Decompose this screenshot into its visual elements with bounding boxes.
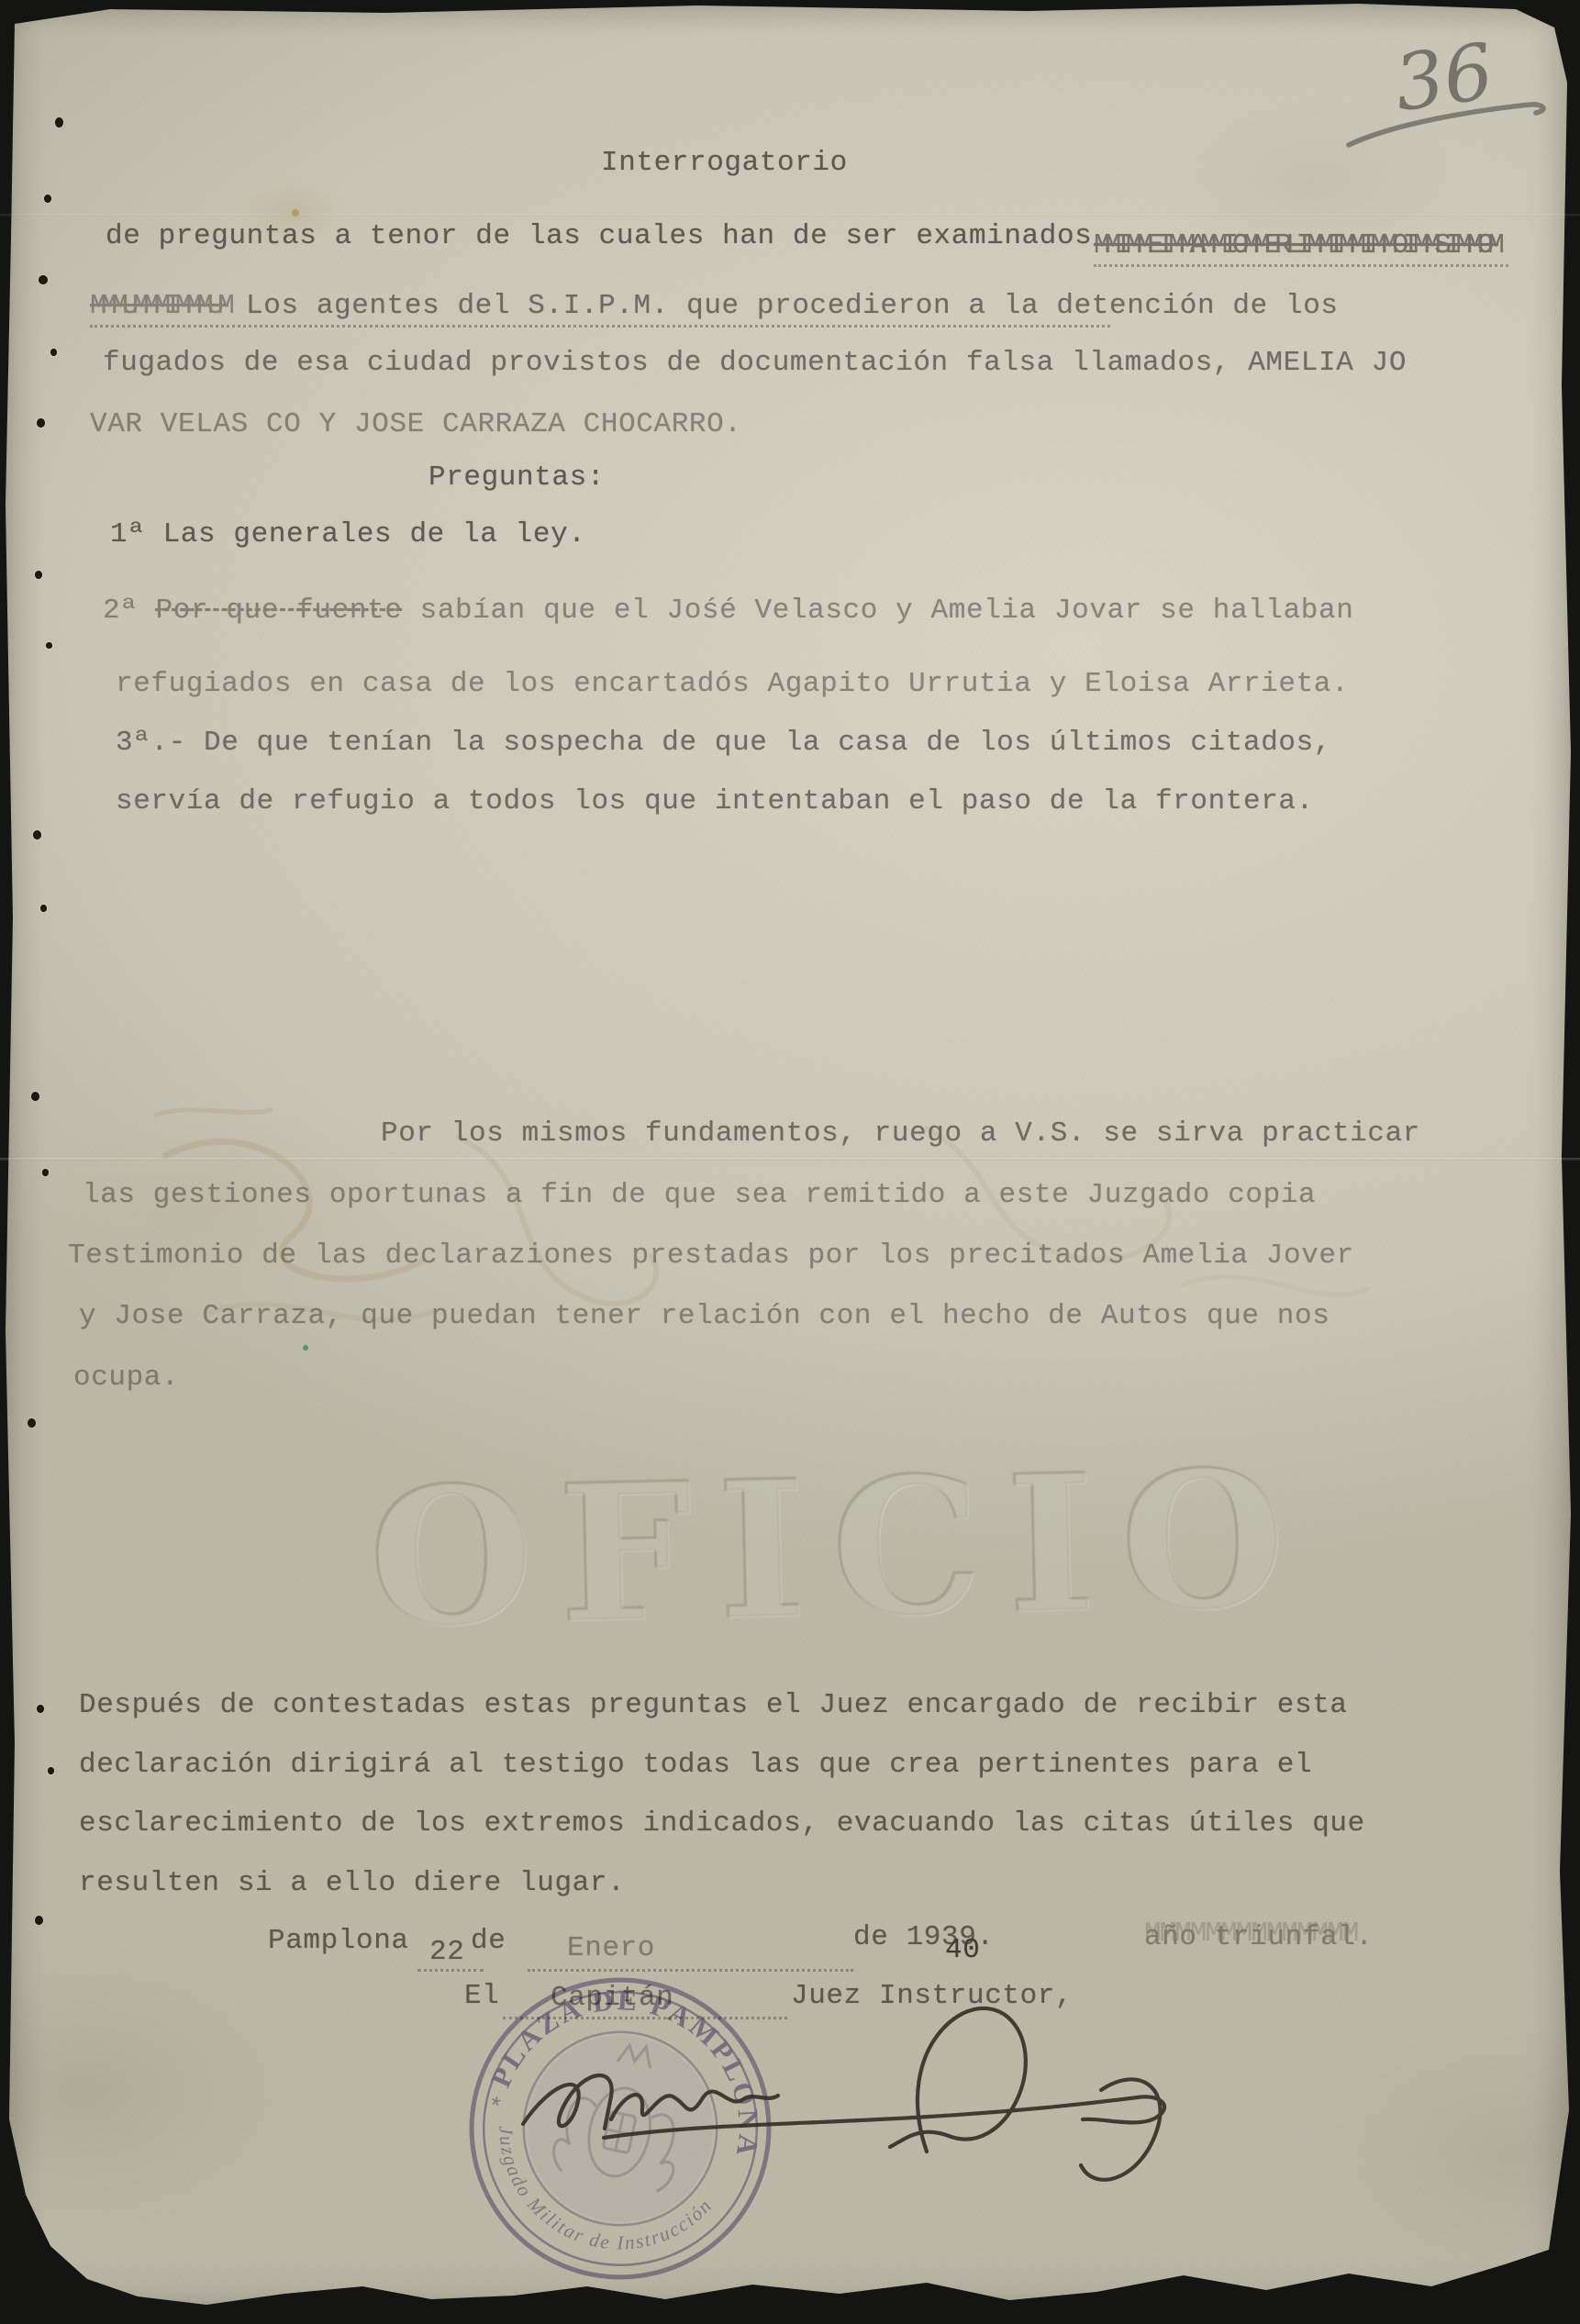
date-suffix: año triunfal.MMMMMMMMMMMMMM — [1144, 1923, 1580, 1951]
preguntas-header: Preguntas: — [428, 463, 605, 492]
overtype-strike: MMMMMMMMMMMMMM — [1144, 1919, 1357, 1948]
scanned-document-page: { "colors":{"paper":"#cfcbbc","ink":"#55… — [0, 0, 1580, 2324]
request-line-1: Por los mismos fundamentos, ruego a V.S.… — [381, 1119, 1420, 1148]
request-line-2: las gestiones oportunas a fin de que sea… — [83, 1181, 1316, 1209]
question-2: 2ª Por que fuente sabían que el Jośé Vel… — [103, 596, 1353, 625]
punch-hole — [35, 571, 42, 579]
request-line-3: Testimonio de las declaraziones prestada… — [68, 1241, 1354, 1270]
intro-line-2: MMMUMMMIMMMUM Los agentes del S.I.P.M. q… — [90, 292, 1339, 320]
punch-hole — [39, 275, 48, 284]
handwritten-folio-number: 36 — [1312, 17, 1578, 163]
question-2-cont: refugiados en casa de los encartadós Aga… — [116, 670, 1349, 698]
dotted-underline — [417, 1969, 484, 1972]
fold-crease-top — [0, 214, 1580, 217]
overtyped-prefix: MMMUMMMIMMMUM — [90, 290, 228, 322]
svg-text:36: 36 — [1389, 26, 1498, 128]
stain-speck — [292, 209, 299, 217]
dotted-underline — [90, 325, 1110, 328]
punch-hole — [42, 1169, 49, 1176]
intro-line-3: fugados de esa ciudad provistos de docum… — [103, 349, 1407, 377]
punch-hole — [31, 1092, 39, 1101]
intro-line-4: VAR VELAS CO Y JOSE CARRAZA CHOCARRO. — [90, 410, 742, 439]
question-3-cont: servía de refugio a todos los que intent… — [116, 787, 1314, 816]
overtyped-text-block: MMIMMEIMMAMMIOMMERLIMMIMMIMMOIMMSIMMOM — [1094, 229, 1498, 261]
struck-words: Por que fuente — [156, 595, 403, 627]
closing-line-1: Después de contestadas estas preguntas e… — [79, 1691, 1348, 1719]
date-day: 22 — [429, 1938, 464, 1966]
question-1: 1ª Las generales de la ley. — [110, 520, 585, 549]
punch-hole — [35, 1916, 43, 1925]
dotted-underline — [1094, 264, 1508, 267]
date-city: Pamplona — [268, 1927, 409, 1955]
request-line-4: y Jose Carraza, que puedan tener relació… — [79, 1302, 1330, 1330]
closing-line-2: declaración dirigirá al testigo todas la… — [79, 1751, 1312, 1779]
punch-hole — [28, 1418, 36, 1428]
punch-hole — [33, 830, 41, 840]
punch-hole — [37, 418, 45, 428]
question-3: 3ª.- De que tenían la sospecha de que la… — [116, 728, 1331, 757]
closing-line-3: esclarecimiento de los extremos indicado… — [79, 1809, 1365, 1838]
oficio-watermark: OFICIO — [367, 1429, 1312, 1668]
punch-hole — [40, 905, 47, 912]
punch-hole — [55, 117, 63, 128]
request-line-5: ocupa. — [73, 1363, 179, 1392]
page-title: Interrogatorio — [601, 149, 848, 177]
punch-hole — [37, 1705, 44, 1713]
handwritten-signature — [495, 1954, 1211, 2202]
punch-hole — [48, 1767, 54, 1774]
intro-line-1: de preguntas a tenor de las cuales han d… — [106, 222, 1092, 250]
closing-line-4: resulten si a ello diere lugar. — [79, 1869, 625, 1897]
punch-hole — [50, 349, 57, 356]
punch-hole — [46, 642, 52, 649]
punch-hole — [44, 195, 51, 203]
